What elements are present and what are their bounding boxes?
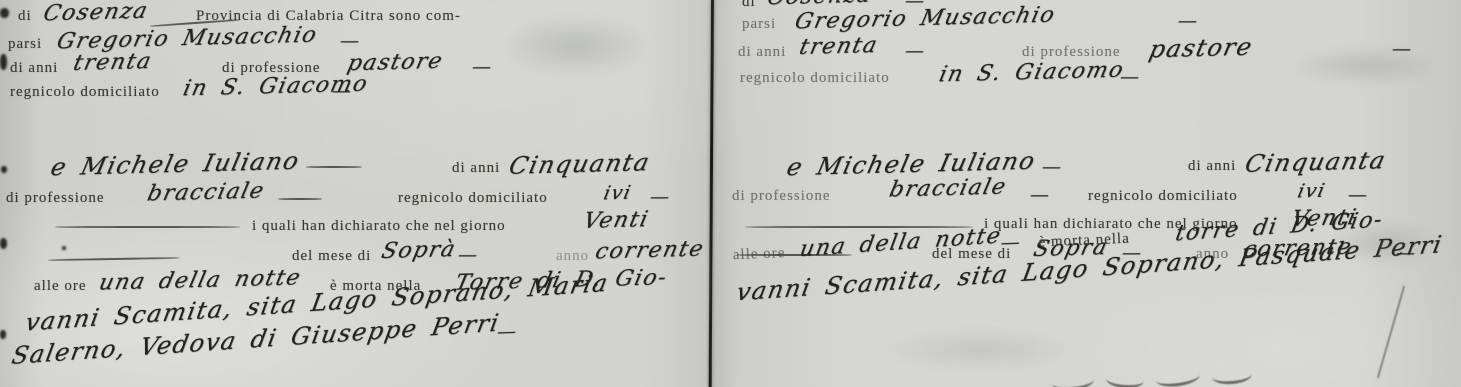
dash: —: [1030, 184, 1049, 206]
ink-bleed-through: [1290, 46, 1440, 86]
ink-bleed-through: [500, 16, 650, 76]
printed-parsi: parsi: [742, 16, 776, 33]
right-line-2: di anni trenta — di professione pastore …: [0, 34, 1461, 64]
right-line-3: regnicolo domiciliato in S. Giacomo —: [0, 62, 1461, 92]
scan-edge-speck: [0, 54, 7, 70]
printed-di-anni: di anni: [738, 44, 786, 61]
handwritten-profession: bracciale: [887, 174, 1009, 202]
right-line-5: di professione bracciale — regnicolo dom…: [0, 178, 1461, 208]
partial-handwriting-cutoff: [1155, 367, 1201, 387]
dash: —: [1042, 156, 1061, 178]
right-line-4: e Michele Iuliano — di anni Cinquanta: [0, 148, 1461, 178]
handwritten-age: Cinquanta: [1242, 146, 1389, 178]
ink-bleed-through: [1330, 220, 1440, 266]
printed-di-professione: di professione: [732, 188, 831, 205]
document-scan: di Cosenza Provincia di Calabria Citra s…: [0, 0, 1461, 387]
partial-handwriting-cutoff: [1051, 372, 1094, 387]
dash: —: [1120, 66, 1139, 88]
scan-edge-speck: [0, 330, 6, 339]
printed-morta: è morta nella: [1038, 231, 1130, 252]
scan-edge-speck: [0, 238, 7, 249]
dash: —: [1178, 10, 1197, 32]
handwritten-declarant-name: Gregorio Musacchio: [792, 3, 1058, 35]
dash: —: [497, 320, 517, 343]
handwritten-profession: pastore: [1147, 33, 1256, 64]
right-line-1: parsi Gregorio Musacchio —: [0, 6, 1461, 36]
printed-regnicolo: regnicolo domiciliato: [1088, 188, 1238, 205]
scan-edge-speck: [1, 166, 7, 173]
dash: —: [905, 40, 924, 62]
handwritten-domicile: in S. Giacomo: [937, 58, 1127, 88]
partial-handwriting-cutoff: [1105, 371, 1144, 387]
dash: —: [1000, 231, 1020, 254]
handwritten-age: trenta: [797, 33, 881, 60]
ink-bleed-through: [880, 330, 1080, 370]
scan-edge-speck: [0, 8, 9, 18]
dash: —: [1348, 184, 1367, 206]
printed-alle-ore: alle ore: [733, 245, 786, 264]
partial-handwriting-cutoff: [1211, 366, 1252, 385]
handwritten-domicile: ivi: [1295, 180, 1327, 203]
printed-regnicolo: regnicolo domiciliato: [740, 70, 890, 87]
printed-di-anni: di anni: [1188, 158, 1236, 175]
